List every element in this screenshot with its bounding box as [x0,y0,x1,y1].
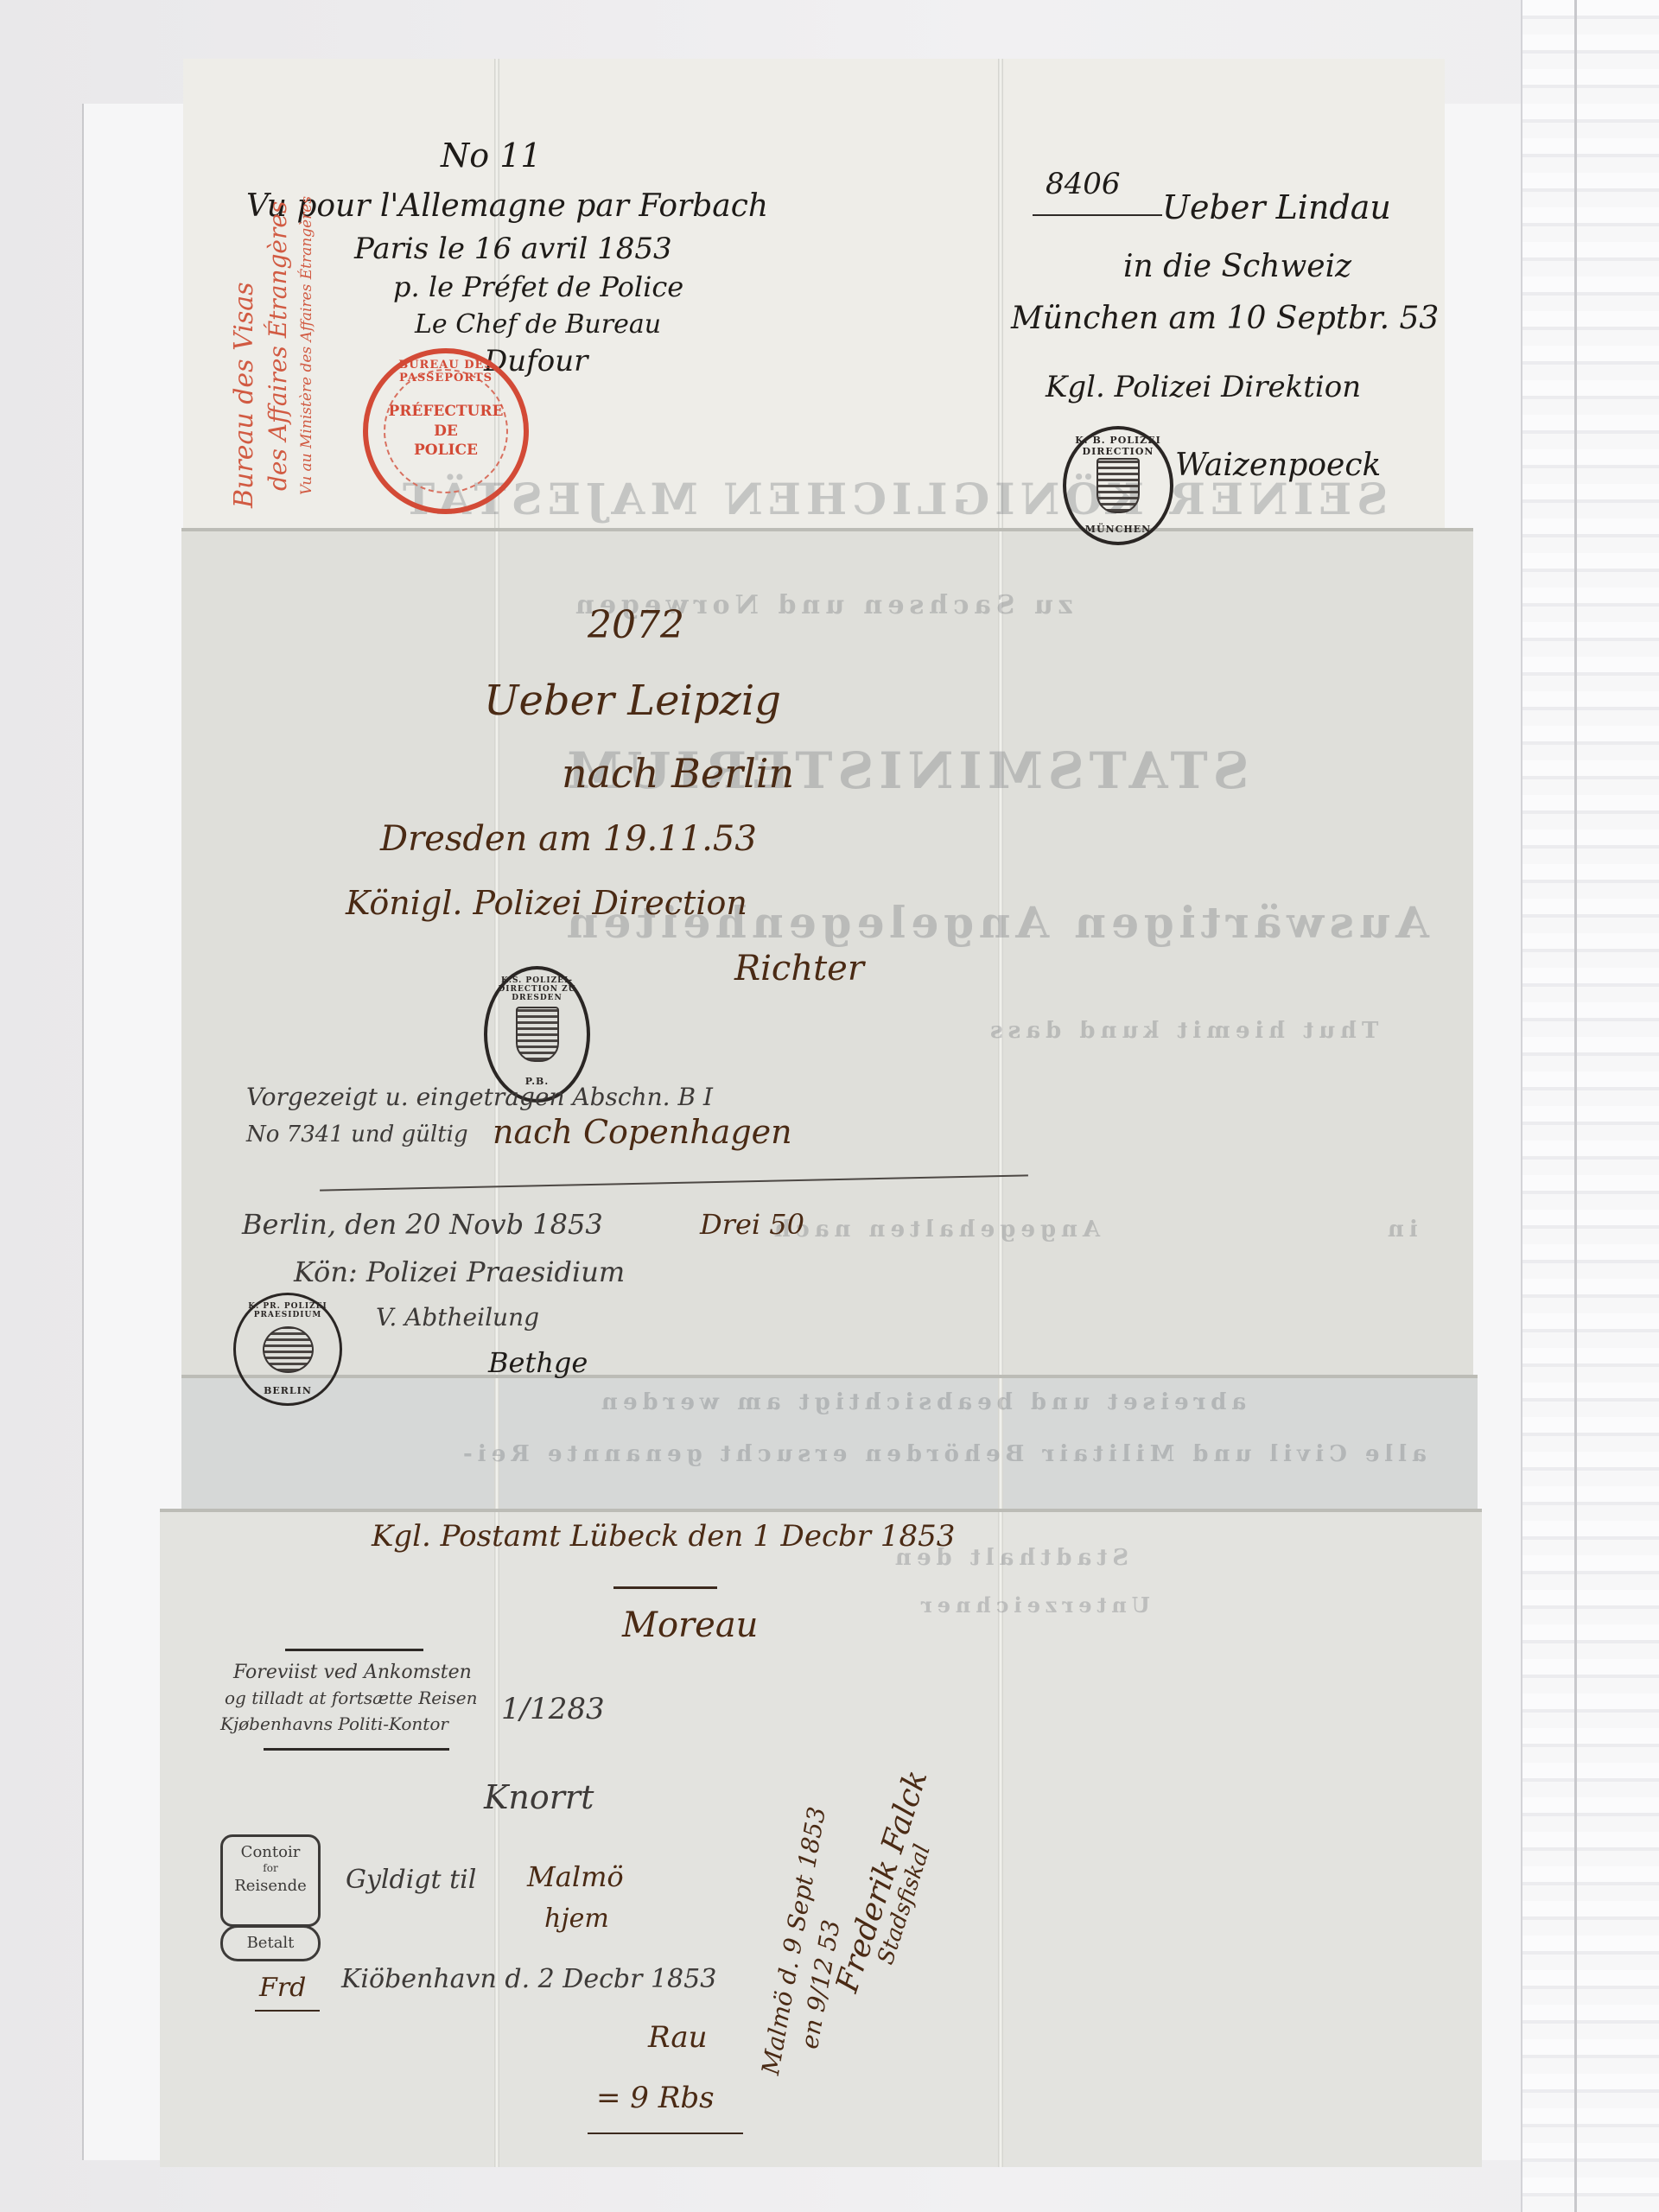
berlin-destination: nach Copenhagen [493,1113,792,1151]
copenhagen-fee-amount: = 9 Rbs [596,2081,715,2115]
danish-stamp-line: Kjøbenhavns Politi-Kontor [220,1713,448,1734]
fee-initials: Frd [259,1973,306,2003]
stamp-text: Reisende [223,1876,318,1896]
underline [588,2133,743,2134]
underline [613,1586,717,1589]
stamp-ring-text: K.S. POLIZEI-DIRECTION ZU DRESDEN [487,976,587,1002]
horizontal-fold [181,528,1473,531]
berlin-visa-department: V. Abtheilung [376,1303,539,1332]
stamp-ring-text: K. PR. POLIZEI PRAESIDIUM [236,1302,340,1319]
paris-visa-line: p. le Préfet de Police [393,270,683,303]
munich-signature: Waizenpoeck [1175,448,1381,483]
dresden-visa-line: nach Berlin [562,750,794,797]
luebeck-visa-line: Kgl. Postamt Lübeck den 1 Decbr 1853 [372,1519,955,1554]
saxony-crest-icon [516,1007,559,1062]
copenhagen-office-stamp: Contoir for Reisende [220,1834,321,1927]
copenhagen-line: hjem [544,1904,609,1934]
berlin-visa-fee: Drei 50 [700,1208,804,1241]
eagle-crest-icon [263,1326,314,1373]
munich-visa-date: München am 10 Septbr. 53 [1011,301,1439,336]
stamp-ring-text: K. B. POLIZEI DIRECTION [1066,435,1170,457]
horizontal-fold [181,1375,1478,1378]
berlin-visa-number: No 7341 und gültig [246,1122,468,1147]
printed-text-ghost: abreiset und beabsichtigt am werden [596,1389,1246,1415]
luebeck-signature: Moreau [622,1605,758,1645]
underline [255,2010,320,2012]
box-stamp-rule [285,1649,423,1651]
stamp-center-text: PRÉFECTURE [388,402,503,422]
printed-text-ghost: Thut hiemit kund dass [985,1018,1378,1044]
dresden-signature: Richter [734,949,864,988]
paris-visa-line: Vu pour l'Allemagne par Forbach [246,188,768,224]
berlin-visa-line: Vorgezeigt u. eingetragen Abschn. B I [246,1083,713,1111]
copenhagen-signature: Rau [648,2020,708,2055]
printed-text-ghost: in [1382,1217,1418,1243]
paris-side-stamp-line: Bureau des Visas [229,282,259,508]
stamp-ring-text: MÜNCHEN [1085,524,1151,535]
tissue-paper-edge [1521,0,1659,2212]
munich-visa-line: Ueber Lindau [1162,188,1391,226]
danish-register-number: 1/1283 [501,1692,605,1726]
passport-document: SEINER KÖNIGLICHEN MAJESTÄT zu Sachsen u… [181,59,1482,2167]
berlin-signature: Bethge [488,1346,588,1379]
box-stamp-rule [264,1748,449,1751]
printed-text-ghost: Unterzeichner [916,1592,1150,1618]
berlin-visa-date: Berlin, den 20 Novb 1853 [242,1208,603,1241]
stamp-ring-text: BERLIN [264,1385,312,1396]
copenhagen-destination: Malmö [527,1860,624,1893]
paris-visa-line: Le Chef de Bureau [415,309,661,340]
copenhagen-visa-date: Kiöbenhavn d. 2 Decbr 1853 [341,1964,716,1994]
munich-visa-line: Kgl. Polizei Direktion [1046,370,1361,404]
stamp-ring-text: BUREAU DES PASSEPORTS [368,359,524,385]
copenhagen-validity-label: Gyldigt til [346,1865,476,1895]
dresden-visa-line: Königl. Polizei Direction [346,884,747,922]
stamp-text: Contoir [223,1842,318,1862]
munich-visa-number: 8406 [1046,167,1121,201]
berlin-police-stamp: K. PR. POLIZEI PRAESIDIUM BERLIN [233,1293,342,1406]
danish-signature: Knorrt [484,1778,594,1816]
horizontal-fold [160,1509,1482,1512]
munich-visa-line: in die Schweiz [1123,249,1351,284]
paris-visa-date: Paris le 16 avril 1853 [354,232,672,266]
vertical-fold [998,59,1003,2167]
danish-stamp-line: og tilladt at fortsætte Reisen [225,1688,478,1708]
dresden-visa-date: Dresden am 19.11.53 [380,819,757,859]
dresden-visa-line: Ueber Leipzig [484,677,781,725]
crown-crest-icon [1096,458,1140,513]
underline [1033,214,1162,216]
paris-prefecture-stamp: BUREAU DES PASSEPORTS PRÉFECTURE DE POLI… [363,348,529,514]
printed-text-ghost: alle Civil und Militair Behörden ersucht… [458,1441,1427,1467]
danish-stamp-line: Foreviist ved Ankomsten [233,1662,472,1683]
paid-stamp: Betalt [220,1925,321,1961]
dresden-visa-number: 2072 [588,603,684,647]
paris-visa-number: No 11 [441,137,542,175]
munich-police-stamp: K. B. POLIZEI DIRECTION MÜNCHEN [1063,426,1173,545]
stamp-center-text: POLICE [414,441,478,461]
printed-text-ghost: Angegehalten nach [769,1217,1100,1243]
stamp-text: for [223,1862,318,1876]
berlin-visa-authority: Kön: Polizei Praesidium [294,1255,625,1288]
stamp-center-text: DE [434,422,458,442]
paris-side-stamp-line: Vu au Ministère des Affaires Étrangères [298,196,315,495]
paris-side-stamp-line: des Affaires Étrangères [264,201,292,491]
